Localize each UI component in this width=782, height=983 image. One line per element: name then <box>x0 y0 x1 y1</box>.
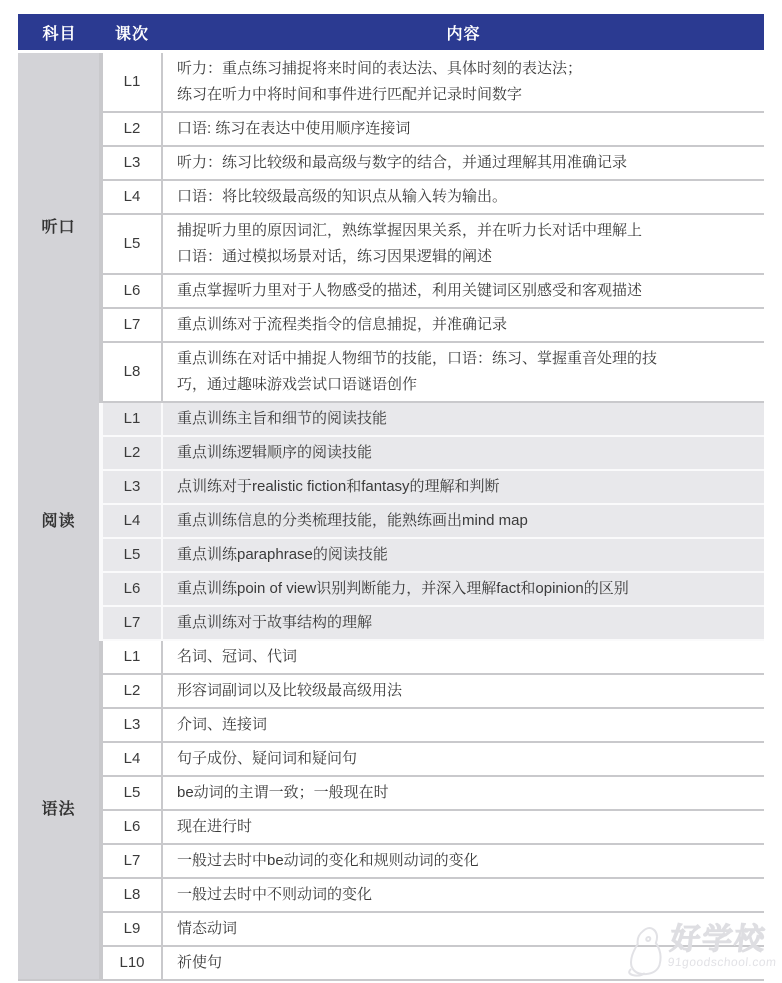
content-cell: 重点训练对于故事结构的理解 <box>163 607 764 641</box>
subject-cell: 听口 <box>18 53 101 403</box>
content-cell: 一般过去时中be动词的变化和规则动词的变化 <box>163 845 764 879</box>
col-header-subject: 科目 <box>18 14 101 53</box>
content-cell: 重点训练在对话中捕捉人物细节的技能，口语：练习、掌握重音处理的技 巧，通过趣味游… <box>163 343 764 403</box>
lesson-cell: L4 <box>101 743 163 777</box>
table-row: L3听力：练习比较级和最高级与数字的结合，并通过理解其用准确记录 <box>18 147 764 181</box>
table-row: 阅读L1重点训练主旨和细节的阅读技能 <box>18 403 764 437</box>
content-cell: 重点训练paraphrase的阅读技能 <box>163 539 764 573</box>
table-row: L3介词、连接词 <box>18 709 764 743</box>
table-row: L3点训练对于realistic fiction和fantasy的理解和判断 <box>18 471 764 505</box>
col-header-lesson: 课次 <box>101 14 163 53</box>
content-cell: 现在进行时 <box>163 811 764 845</box>
lesson-cell: L10 <box>101 947 163 981</box>
lesson-cell: L7 <box>101 607 163 641</box>
table-row: L6重点掌握听力里对于人物感受的描述，利用关键词区别感受和客观描述 <box>18 275 764 309</box>
table-row: L6现在进行时 <box>18 811 764 845</box>
table-row: L2口语: 练习在表达中使用顺序连接词 <box>18 113 764 147</box>
content-cell: 名词、冠词、代词 <box>163 641 764 675</box>
lesson-cell: L1 <box>101 403 163 437</box>
table-row: L7一般过去时中be动词的变化和规则动词的变化 <box>18 845 764 879</box>
lesson-cell: L5 <box>101 215 163 275</box>
lesson-cell: L4 <box>101 505 163 539</box>
col-header-content: 内容 <box>163 14 764 53</box>
content-cell: 口语：将比较级最高级的知识点从输入转为输出。 <box>163 181 764 215</box>
lesson-cell: L6 <box>101 573 163 607</box>
watermark-brand: 好学校 <box>669 925 781 955</box>
subject-cell: 语法 <box>18 641 101 981</box>
watermark-domain: 91goodschool.com <box>667 955 777 969</box>
lesson-cell: L2 <box>101 113 163 147</box>
table-row: L7重点训练对于故事结构的理解 <box>18 607 764 641</box>
content-cell: 捕捉听力里的原因词汇，熟练掌握因果关系，并在听力长对话中理解上 口语：通过模拟场… <box>163 215 764 275</box>
content-cell: 口语: 练习在表达中使用顺序连接词 <box>163 113 764 147</box>
table-row: L8一般过去时中不则动词的变化 <box>18 879 764 913</box>
lesson-cell: L3 <box>101 709 163 743</box>
content-cell: 一般过去时中不则动词的变化 <box>163 879 764 913</box>
content-cell: 听力：重点练习捕捉将来时间的表达法、具体时刻的表达法； 练习在听力中将时间和事件… <box>163 53 764 113</box>
table-row: L5重点训练paraphrase的阅读技能 <box>18 539 764 573</box>
content-cell: 听力：练习比较级和最高级与数字的结合，并通过理解其用准确记录 <box>163 147 764 181</box>
content-cell: 重点训练逻辑顺序的阅读技能 <box>163 437 764 471</box>
table-row: L2形容词副词以及比较级最高级用法 <box>18 675 764 709</box>
content-cell: 介词、连接词 <box>163 709 764 743</box>
lesson-cell: L4 <box>101 181 163 215</box>
lesson-cell: L2 <box>101 675 163 709</box>
lesson-cell: L3 <box>101 471 163 505</box>
table-row: L5捕捉听力里的原因词汇，熟练掌握因果关系，并在听力长对话中理解上 口语：通过模… <box>18 215 764 275</box>
lesson-cell: L8 <box>101 343 163 403</box>
content-cell: be动词的主谓一致；一般现在时 <box>163 777 764 811</box>
lesson-cell: L7 <box>101 309 163 343</box>
table-row: L8重点训练在对话中捕捉人物细节的技能，口语：练习、掌握重音处理的技 巧，通过趣… <box>18 343 764 403</box>
lesson-cell: L1 <box>101 641 163 675</box>
table-row: L6重点训练poin of view识别判断能力，并深入理解fact和opini… <box>18 573 764 607</box>
content-cell: 形容词副词以及比较级最高级用法 <box>163 675 764 709</box>
table-row: 语法L1名词、冠词、代词 <box>18 641 764 675</box>
table-row: L4口语：将比较级最高级的知识点从输入转为输出。 <box>18 181 764 215</box>
lesson-cell: L2 <box>101 437 163 471</box>
table-row: L7重点训练对于流程类指令的信息捕捉，并准确记录 <box>18 309 764 343</box>
lesson-cell: L9 <box>101 913 163 947</box>
lesson-cell: L3 <box>101 147 163 181</box>
table-row: L2重点训练逻辑顺序的阅读技能 <box>18 437 764 471</box>
table-row: 听口L1听力：重点练习捕捉将来时间的表达法、具体时刻的表达法； 练习在听力中将时… <box>18 53 764 113</box>
table-row: L4重点训练信息的分类梳理技能，能熟练画出mind map <box>18 505 764 539</box>
lesson-cell: L5 <box>101 777 163 811</box>
content-cell: 重点掌握听力里对于人物感受的描述，利用关键词区别感受和客观描述 <box>163 275 764 309</box>
lesson-cell: L6 <box>101 811 163 845</box>
watermark: 好学校 91goodschool.com <box>625 925 781 977</box>
header-row: 科目 课次 内容 <box>18 14 764 53</box>
page: 科目 课次 内容 听口L1听力：重点练习捕捉将来时间的表达法、具体时刻的表达法；… <box>0 0 782 983</box>
content-cell: 重点训练信息的分类梳理技能，能熟练画出mind map <box>163 505 764 539</box>
lesson-cell: L1 <box>101 53 163 113</box>
lesson-cell: L8 <box>101 879 163 913</box>
content-cell: 重点训练主旨和细节的阅读技能 <box>163 403 764 437</box>
table-row: L5be动词的主谓一致；一般现在时 <box>18 777 764 811</box>
subject-cell: 阅读 <box>18 403 101 641</box>
mascot-icon <box>625 925 670 977</box>
content-cell: 重点训练对于流程类指令的信息捕捉，并准确记录 <box>163 309 764 343</box>
lesson-cell: L7 <box>101 845 163 879</box>
table-row: L4句子成份、疑问词和疑问句 <box>18 743 764 777</box>
content-cell: 句子成份、疑问词和疑问句 <box>163 743 764 777</box>
content-cell: 重点训练poin of view识别判断能力，并深入理解fact和opinion… <box>163 573 764 607</box>
lesson-cell: L5 <box>101 539 163 573</box>
content-cell: 点训练对于realistic fiction和fantasy的理解和判断 <box>163 471 764 505</box>
lesson-cell: L6 <box>101 275 163 309</box>
course-table: 科目 课次 内容 听口L1听力：重点练习捕捉将来时间的表达法、具体时刻的表达法；… <box>18 14 764 981</box>
